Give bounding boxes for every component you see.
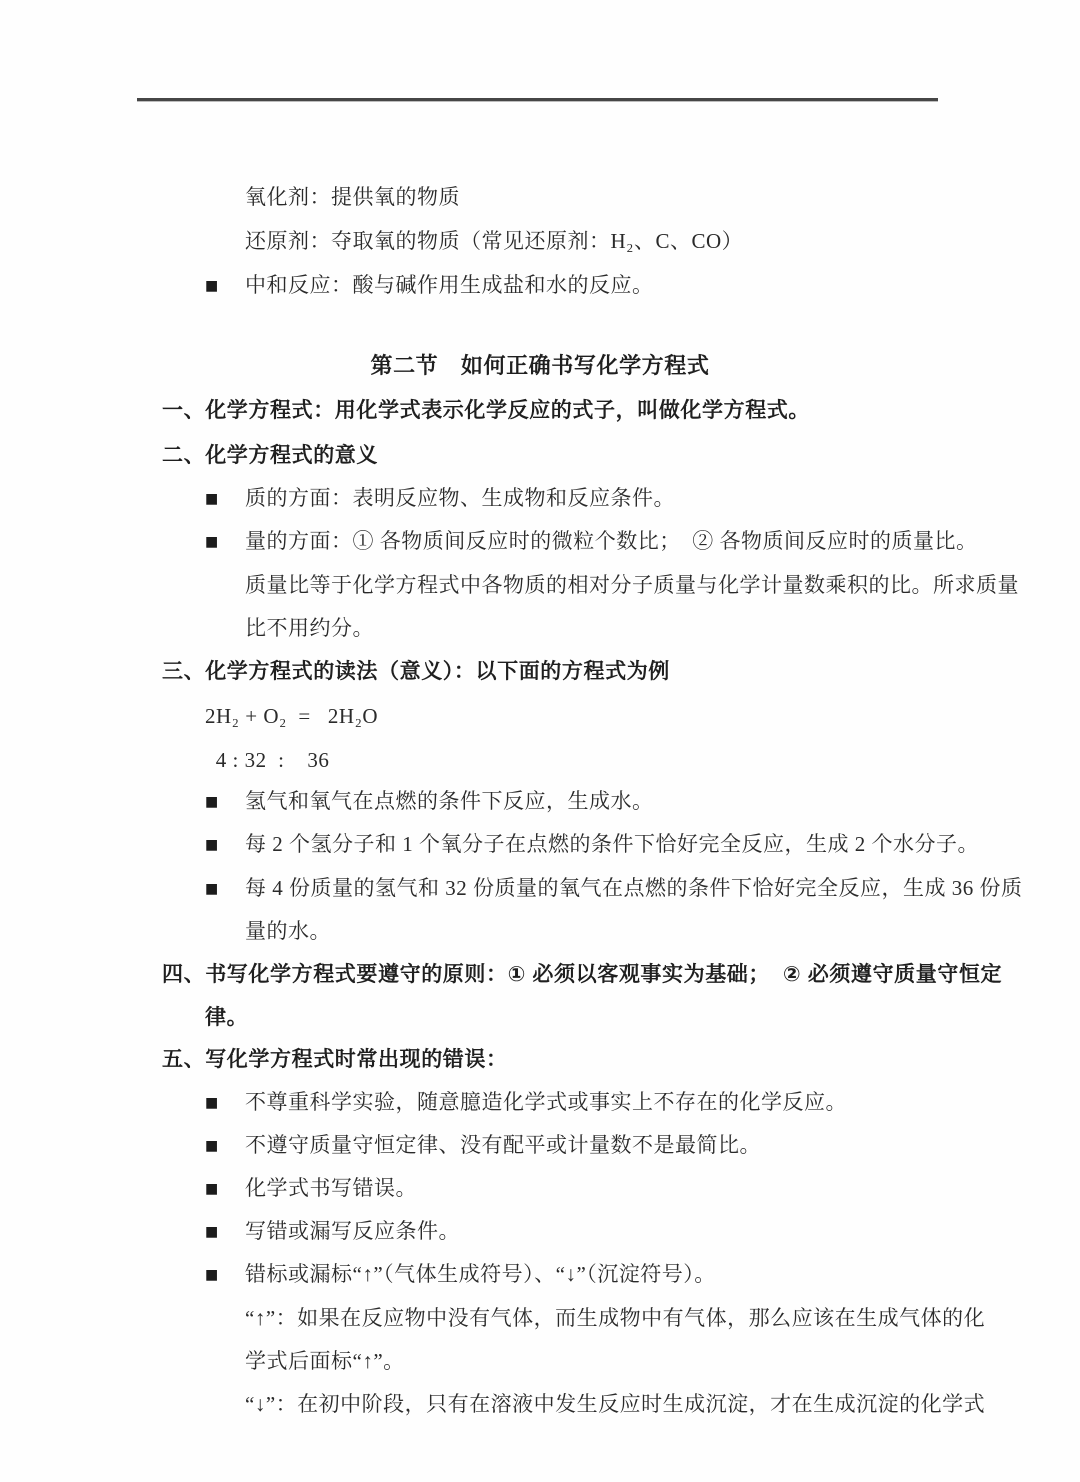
definition-oxidizer: 氧化剂：提供氧的物质 [245, 187, 460, 208]
bullet-item-reading-3: ■每 4 份质量的氢气和 32 份质量的氧气在点燃的条件下恰好完全反应，生成 3… [205, 878, 1023, 899]
bullet-item-neutralization: ■中和反应：酸与碱作用生成盐和水的反应。 [205, 275, 654, 296]
bullet-text: 写错或漏写反应条件。 [245, 1219, 460, 1243]
bullet-text: 量的方面：① 各物质间反应时的微粒个数比； ② 各物质间反应时的质量比。 [245, 529, 978, 553]
bullet-text: 每 2 个氢分子和 1 个氧分子在点燃的条件下恰好完全反应，生成 2 个水分子。 [245, 832, 979, 856]
header-rule [137, 98, 938, 101]
bullet-square-icon: ■ [205, 535, 245, 549]
quantity-continuation-2: 比不用约分。 [245, 618, 374, 639]
bullet-square-icon: ■ [205, 882, 245, 896]
bullet-item-error-2: ■不遵守质量守恒定律、没有配平或计量数不是最简比。 [205, 1135, 761, 1156]
chemical-equation: 2H₂ + O₂ = 2H₂O [205, 706, 378, 727]
bullet-text: 错标或漏标“↑”（气体生成符号）、“↓”（沉淀符号）。 [245, 1262, 716, 1286]
bullet-square-icon: ■ [205, 795, 245, 809]
reading-3-continuation: 量的水。 [245, 921, 331, 942]
outline-item-2-heading: 二、化学方程式的意义 [162, 445, 378, 466]
bullet-square-icon: ■ [205, 1096, 245, 1110]
bullet-text: 质的方面：表明反应物、生成物和反应条件。 [245, 486, 675, 510]
bullet-item-reading-2: ■每 2 个氢分子和 1 个氧分子在点燃的条件下恰好完全反应，生成 2 个水分子… [205, 834, 979, 855]
bullet-item-error-1: ■不尊重科学实验，随意臆造化学式或事实上不存在的化学反应。 [205, 1092, 847, 1113]
bullet-text: 氢气和氧气在点燃的条件下反应，生成水。 [245, 789, 654, 813]
bullet-item-error-4: ■写错或漏写反应条件。 [205, 1221, 460, 1242]
bullet-text: 化学式书写错误。 [245, 1176, 417, 1200]
outline-item-4-heading-line2: 律。 [205, 1007, 248, 1028]
down-arrow-note-line1: “↓”：在初中阶段，只有在溶液中发生反应时生成沉淀，才在生成沉淀的化学式 [245, 1394, 985, 1415]
bullet-square-icon: ■ [205, 838, 245, 852]
bullet-text: 中和反应：酸与碱作用生成盐和水的反应。 [245, 273, 654, 297]
up-arrow-note-line1: “↑”：如果在反应物中没有气体，而生成物中有气体，那么应该在生成气体的化 [245, 1308, 985, 1329]
outline-item-5-heading: 五、写化学方程式时常出现的错误： [162, 1049, 508, 1070]
bullet-item-error-3: ■化学式书写错误。 [205, 1178, 417, 1199]
bullet-item-error-5: ■错标或漏标“↑”（气体生成符号）、“↓”（沉淀符号）。 [205, 1264, 716, 1285]
bullet-text: 不遵守质量守恒定律、没有配平或计量数不是最简比。 [245, 1133, 761, 1157]
bullet-square-icon: ■ [205, 492, 245, 506]
bullet-square-icon: ■ [205, 1182, 245, 1196]
quantity-continuation-1: 质量比等于化学方程式中各物质的相对分子质量与化学计量数乘积的比。所求质量 [245, 575, 1019, 596]
bullet-square-icon: ■ [205, 1268, 245, 1282]
bullet-item-reading-1: ■氢气和氧气在点燃的条件下反应，生成水。 [205, 791, 654, 812]
bullet-square-icon: ■ [205, 1225, 245, 1239]
bullet-item-quantity: ■量的方面：① 各物质间反应时的微粒个数比； ② 各物质间反应时的质量比。 [205, 531, 978, 552]
up-arrow-note-line2: 学式后面标“↑”。 [245, 1351, 405, 1372]
bullet-text: 不尊重科学实验，随意臆造化学式或事实上不存在的化学反应。 [245, 1090, 847, 1114]
mass-ratio-line: 4 : 32 : 36 [210, 750, 329, 771]
outline-item-3-heading: 三、化学方程式的读法（意义）：以下面的方程式为例 [162, 661, 670, 682]
document-page: 氧化剂：提供氧的物质 还原剂：夺取氧的物质（常见还原剂：H₂、C、CO） ■中和… [0, 0, 1080, 1482]
section-heading: 第二节 如何正确书写化学方程式 [140, 355, 940, 377]
outline-item-4-heading-line1: 四、书写化学方程式要遵守的原则：① 必须以客观事实为基础； ② 必须遵守质量守恒… [162, 964, 1002, 985]
outline-item-1: 一、化学方程式：用化学式表示化学反应的式子，叫做化学方程式。 [162, 400, 810, 421]
bullet-square-icon: ■ [205, 279, 245, 293]
bullet-item-quality: ■质的方面：表明反应物、生成物和反应条件。 [205, 488, 675, 509]
bullet-square-icon: ■ [205, 1139, 245, 1153]
bullet-text: 每 4 份质量的氢气和 32 份质量的氧气在点燃的条件下恰好完全反应，生成 36… [245, 876, 1023, 900]
definition-reducer: 还原剂：夺取氧的物质（常见还原剂：H₂、C、CO） [245, 231, 743, 252]
